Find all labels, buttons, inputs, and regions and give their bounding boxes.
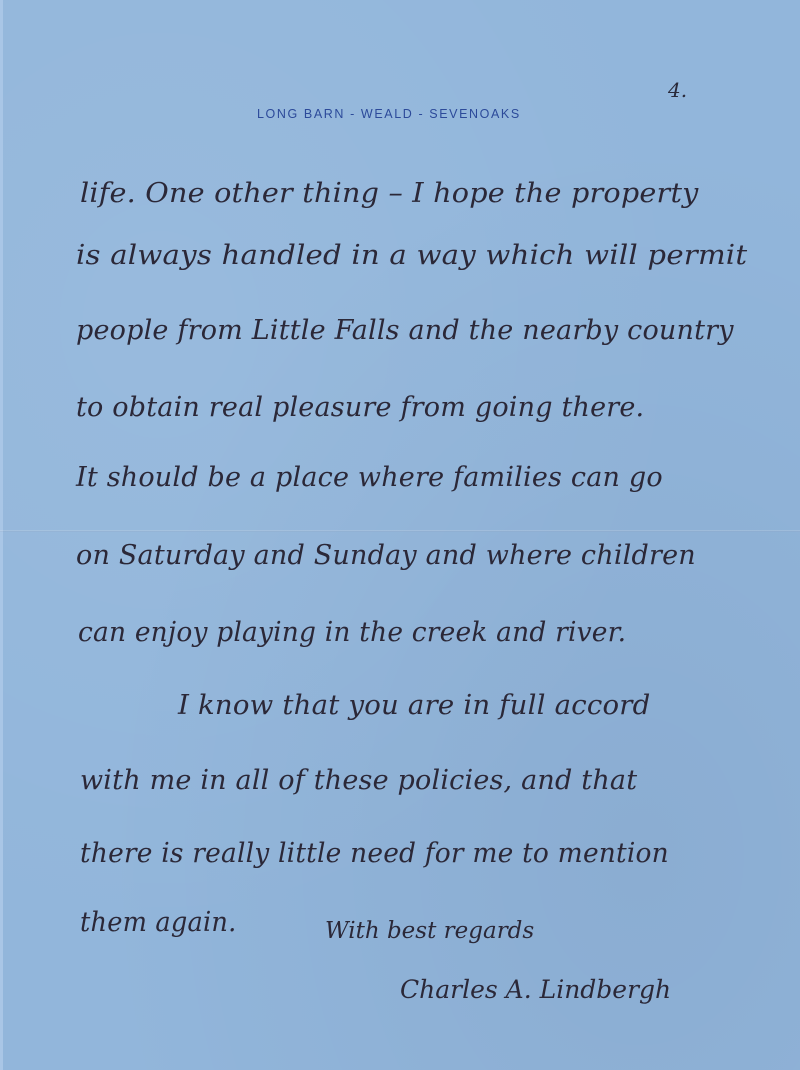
body-line-3: people from Little Falls and the nearby … — [76, 315, 734, 346]
body-line-2: is always handled in a way which will pe… — [76, 240, 747, 271]
body-line-4: to obtain real pleasure from going there… — [76, 392, 644, 423]
body-line-10: there is really little need for me to me… — [80, 838, 669, 869]
body-line-7: can enjoy playing in the creek and river… — [78, 617, 626, 648]
body-line-9: with me in all of these policies, and th… — [80, 765, 637, 796]
body-line-6: on Saturday and Sunday and where childre… — [76, 540, 696, 571]
body-line-11: them again. — [80, 907, 236, 938]
paper-edge — [0, 0, 3, 1070]
fold-line — [0, 530, 800, 532]
body-line-8: I know that you are in full accord — [178, 690, 650, 721]
page-number: 4. — [668, 78, 687, 102]
letterhead-address: LONG BARN - WEALD - SEVENOAKS — [257, 107, 521, 121]
signature: Charles A. Lindbergh — [400, 975, 671, 1004]
body-line-5: It should be a place where families can … — [76, 462, 663, 493]
closing: With best regards — [325, 918, 534, 944]
body-line-1: life. One other thing – I hope the prope… — [80, 178, 699, 209]
letter-page: LONG BARN - WEALD - SEVENOAKS 4. life. O… — [0, 0, 800, 1070]
